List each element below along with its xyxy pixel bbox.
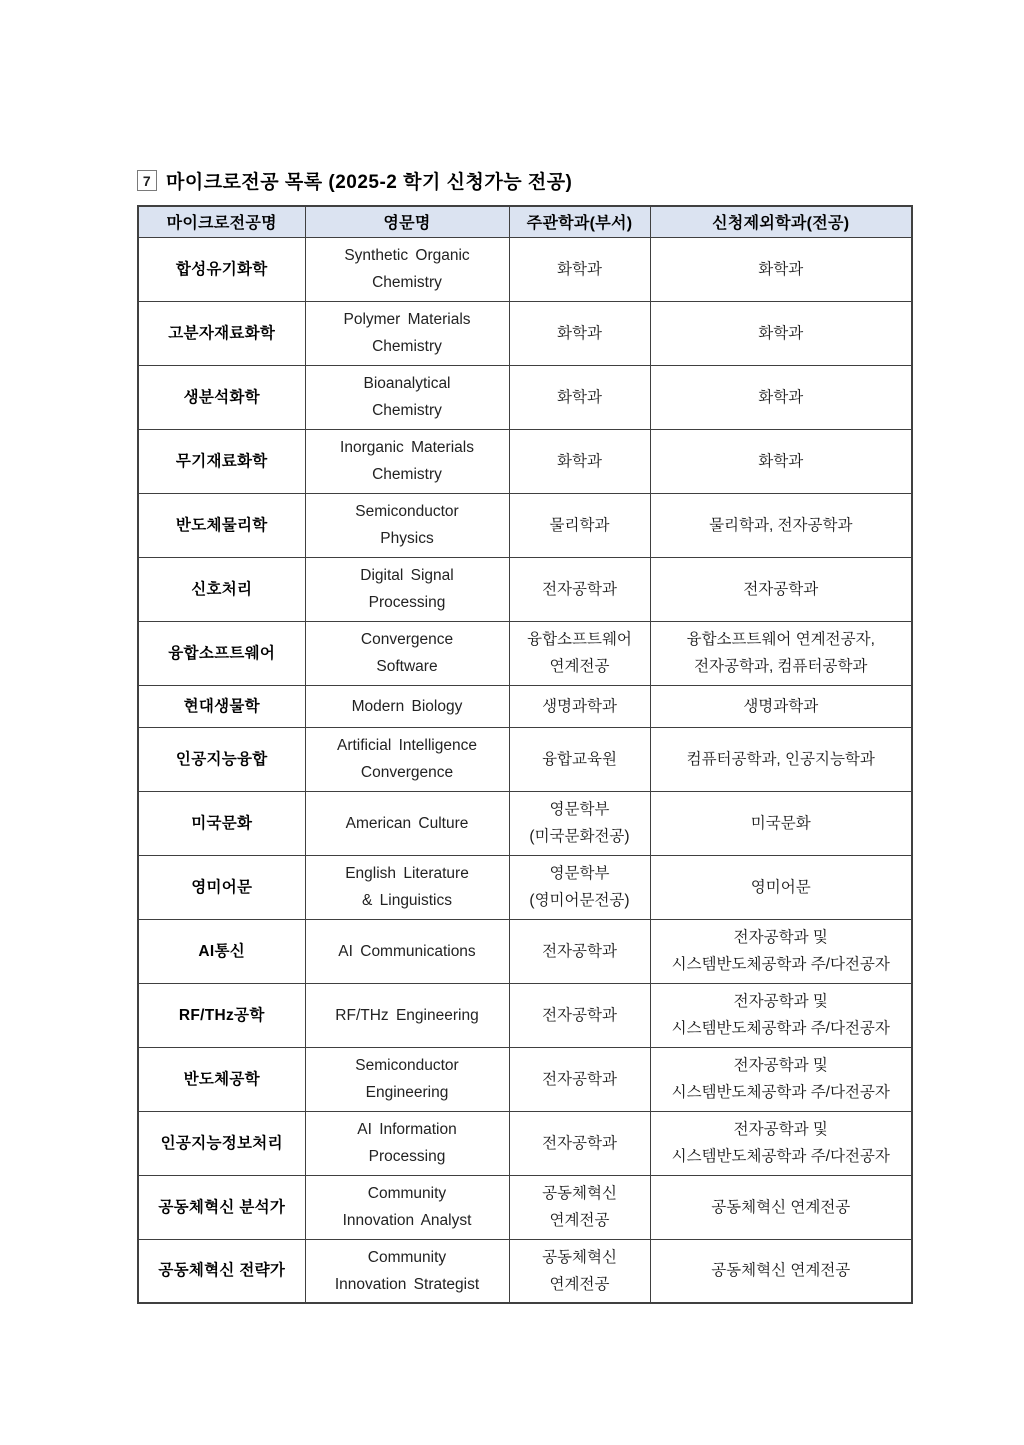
department-cell: 전자공학과 [509,1047,650,1111]
english-name-cell: SemiconductorEngineering [305,1047,509,1111]
cell-text-line: 생명과학과 [655,693,908,720]
cell-text-line: Innovation Strategist [310,1271,505,1298]
cell-text-line: Chemistry [310,461,505,488]
table-row: 공동체혁신 전략가CommunityInnovation Strategist공… [138,1239,912,1303]
cell-text-line: 화학과 [655,384,908,411]
section-title-text: 마이크로전공 목록 (2025-2 학기 신청가능 전공) [166,167,572,194]
cell-text-line: Physics [310,525,505,552]
department-cell: 화학과 [509,365,650,429]
english-name-cell: ConvergenceSoftware [305,621,509,685]
cell-text-line: 컴퓨터공학과, 인공지능학과 [655,746,908,773]
table-row: 인공지능융합Artificial IntelligenceConvergence… [138,727,912,791]
excluded-cell: 전자공학과 및시스템반도체공학과 주/다전공자 [650,1111,912,1175]
cell-text-line: 전자공학과 [514,1130,646,1157]
cell-text-line: Semiconductor [310,498,505,525]
department-cell: 영문학부(미국문화전공) [509,791,650,855]
cell-text-line: Semiconductor [310,1052,505,1079]
cell-text-line: Innovation Analyst [310,1207,505,1234]
department-cell: 융합소프트웨어연계전공 [509,621,650,685]
excluded-cell: 영미어문 [650,855,912,919]
cell-text-line: 영미어문 [655,874,908,901]
cell-text-line: AI Communications [310,938,505,965]
major-name-cell: AI통신 [138,919,305,983]
major-name-cell: 인공지능융합 [138,727,305,791]
table-row: 공동체혁신 분석가CommunityInnovation Analyst공동체혁… [138,1175,912,1239]
major-name-cell: 융합소프트웨어 [138,621,305,685]
cell-text-line: 전자공학과 및 [655,988,908,1015]
cell-text-line: 전자공학과 [514,1002,646,1029]
cell-text-line: Chemistry [310,397,505,424]
cell-text-line: Convergence [310,759,505,786]
major-name-cell: 공동체혁신 분석가 [138,1175,305,1239]
cell-text-line: Digital Signal [310,562,505,589]
department-cell: 화학과 [509,237,650,301]
cell-text-line: 화학과 [514,320,646,347]
major-name-cell: 반도체공학 [138,1047,305,1111]
section-number-box: 7 [137,170,157,191]
cell-text-line: 공동체혁신 분석가 [143,1194,301,1221]
major-name-cell: 영미어문 [138,855,305,919]
major-name-cell: 고분자재료화학 [138,301,305,365]
cell-text-line: 전자공학과 및 [655,924,908,951]
cell-text-line: Community [310,1180,505,1207]
cell-text-line: 생명과학과 [514,693,646,720]
excluded-cell: 공동체혁신 연계전공 [650,1175,912,1239]
excluded-cell: 전자공학과 및시스템반도체공학과 주/다전공자 [650,983,912,1047]
cell-text-line: 생분석화학 [143,384,301,411]
micro-major-table: 마이크로전공명 영문명 주관학과(부서) 신청제외학과(전공) 합성유기화학Sy… [137,205,913,1304]
cell-text-line: Artificial Intelligence [310,732,505,759]
english-name-cell: AI Communications [305,919,509,983]
cell-text-line: RF/THz공학 [143,1002,301,1029]
cell-text-line: & Linguistics [310,887,505,914]
cell-text-line: 전자공학과 [655,576,908,603]
section-title: 7 마이크로전공 목록 (2025-2 학기 신청가능 전공) [137,167,911,194]
cell-text-line: 합성유기화학 [143,256,301,283]
cell-text-line: 미국문화 [143,810,301,837]
cell-text-line: Engineering [310,1079,505,1106]
table-row: 고분자재료화학Polymer MaterialsChemistry화학과화학과 [138,301,912,365]
major-name-cell: 생분석화학 [138,365,305,429]
table-header: 마이크로전공명 영문명 주관학과(부서) 신청제외학과(전공) [138,206,912,237]
major-name-cell: 신호처리 [138,557,305,621]
cell-text-line: 현대생물학 [143,693,301,720]
cell-text-line: 무기재료화학 [143,448,301,475]
table-header-row: 마이크로전공명 영문명 주관학과(부서) 신청제외학과(전공) [138,206,912,237]
cell-text-line: 전자공학과 [514,938,646,965]
table-row: 미국문화American Culture영문학부(미국문화전공)미국문화 [138,791,912,855]
excluded-cell: 화학과 [650,365,912,429]
cell-text-line: Synthetic Organic [310,242,505,269]
cell-text-line: AI Information [310,1116,505,1143]
department-cell: 화학과 [509,301,650,365]
cell-text-line: 시스템반도체공학과 주/다전공자 [655,1143,908,1170]
major-name-cell: 미국문화 [138,791,305,855]
table-row: 무기재료화학Inorganic MaterialsChemistry화학과화학과 [138,429,912,493]
english-name-cell: SemiconductorPhysics [305,493,509,557]
cell-text-line: 공동체혁신 연계전공 [655,1257,908,1284]
cell-text-line: 공동체혁신 연계전공 [655,1194,908,1221]
cell-text-line: 시스템반도체공학과 주/다전공자 [655,1079,908,1106]
cell-text-line: 화학과 [514,384,646,411]
excluded-cell: 전자공학과 [650,557,912,621]
cell-text-line: 반도체물리학 [143,512,301,539]
excluded-cell: 공동체혁신 연계전공 [650,1239,912,1303]
table-row: 생분석화학BioanalyticalChemistry화학과화학과 [138,365,912,429]
english-name-cell: Inorganic MaterialsChemistry [305,429,509,493]
english-name-cell: Artificial IntelligenceConvergence [305,727,509,791]
english-name-cell: Modern Biology [305,685,509,727]
table-row: 융합소프트웨어ConvergenceSoftware융합소프트웨어연계전공융합소… [138,621,912,685]
cell-text-line: 전자공학과 [514,576,646,603]
cell-text-line: 신호처리 [143,576,301,603]
cell-text-line: Software [310,653,505,680]
column-header-major-name: 마이크로전공명 [138,206,305,237]
cell-text-line: 공동체혁신 [514,1180,646,1207]
cell-text-line: 인공지능융합 [143,746,301,773]
cell-text-line: 전자공학과 및 [655,1116,908,1143]
department-cell: 생명과학과 [509,685,650,727]
excluded-cell: 융합소프트웨어 연계전공자,전자공학과, 컴퓨터공학과 [650,621,912,685]
table-row: 반도체공학SemiconductorEngineering전자공학과전자공학과 … [138,1047,912,1111]
cell-text-line: 시스템반도체공학과 주/다전공자 [655,951,908,978]
table-row: 신호처리Digital SignalProcessing전자공학과전자공학과 [138,557,912,621]
column-header-excluded: 신청제외학과(전공) [650,206,912,237]
cell-text-line: 연계전공 [514,653,646,680]
excluded-cell: 미국문화 [650,791,912,855]
cell-text-line: 전자공학과 및 [655,1052,908,1079]
excluded-cell: 전자공학과 및시스템반도체공학과 주/다전공자 [650,919,912,983]
document-content: 7 마이크로전공 목록 (2025-2 학기 신청가능 전공) 마이크로전공명 … [137,167,911,1304]
cell-text-line: 영미어문 [143,874,301,901]
department-cell: 전자공학과 [509,983,650,1047]
cell-text-line: American Culture [310,810,505,837]
major-name-cell: 무기재료화학 [138,429,305,493]
table-row: 인공지능정보처리AI InformationProcessing전자공학과전자공… [138,1111,912,1175]
cell-text-line: 연계전공 [514,1271,646,1298]
cell-text-line: 화학과 [514,256,646,283]
cell-text-line: (미국문화전공) [514,823,646,850]
cell-text-line: Chemistry [310,269,505,296]
cell-text-line: 융합소프트웨어 [514,626,646,653]
document-page: 7 마이크로전공 목록 (2025-2 학기 신청가능 전공) 마이크로전공명 … [0,0,1024,1445]
cell-text-line: Chemistry [310,333,505,360]
cell-text-line: 융합소프트웨어 연계전공자, [655,626,908,653]
cell-text-line: Processing [310,1143,505,1170]
cell-text-line: AI통신 [143,938,301,965]
cell-text-line: 융합소프트웨어 [143,640,301,667]
cell-text-line: Processing [310,589,505,616]
major-name-cell: 합성유기화학 [138,237,305,301]
cell-text-line: 화학과 [655,256,908,283]
cell-text-line: 공동체혁신 [514,1244,646,1271]
english-name-cell: CommunityInnovation Analyst [305,1175,509,1239]
cell-text-line: Convergence [310,626,505,653]
major-name-cell: 현대생물학 [138,685,305,727]
excluded-cell: 생명과학과 [650,685,912,727]
excluded-cell: 화학과 [650,301,912,365]
table-row: RF/THz공학RF/THz Engineering전자공학과전자공학과 및시스… [138,983,912,1047]
department-cell: 전자공학과 [509,557,650,621]
cell-text-line: Community [310,1244,505,1271]
cell-text-line: 물리학과, 전자공학과 [655,512,908,539]
english-name-cell: Digital SignalProcessing [305,557,509,621]
cell-text-line: Inorganic Materials [310,434,505,461]
major-name-cell: 인공지능정보처리 [138,1111,305,1175]
major-name-cell: 반도체물리학 [138,493,305,557]
cell-text-line: 공동체혁신 전략가 [143,1257,301,1284]
column-header-department: 주관학과(부서) [509,206,650,237]
cell-text-line: 영문학부 [514,860,646,887]
cell-text-line: 연계전공 [514,1207,646,1234]
cell-text-line: 미국문화 [655,810,908,837]
cell-text-line: 화학과 [655,320,908,347]
cell-text-line: 화학과 [514,448,646,475]
cell-text-line: 고분자재료화학 [143,320,301,347]
cell-text-line: 전자공학과, 컴퓨터공학과 [655,653,908,680]
cell-text-line: Polymer Materials [310,306,505,333]
cell-text-line: English Literature [310,860,505,887]
department-cell: 물리학과 [509,493,650,557]
table-row: 현대생물학Modern Biology생명과학과생명과학과 [138,685,912,727]
cell-text-line: 반도체공학 [143,1066,301,1093]
table-row: 반도체물리학SemiconductorPhysics물리학과물리학과, 전자공학… [138,493,912,557]
english-name-cell: Polymer MaterialsChemistry [305,301,509,365]
column-header-english-name: 영문명 [305,206,509,237]
excluded-cell: 화학과 [650,237,912,301]
department-cell: 전자공학과 [509,919,650,983]
table-row: AI통신AI Communications전자공학과전자공학과 및시스템반도체공… [138,919,912,983]
cell-text-line: (영미어문전공) [514,887,646,914]
english-name-cell: CommunityInnovation Strategist [305,1239,509,1303]
cell-text-line: 시스템반도체공학과 주/다전공자 [655,1015,908,1042]
english-name-cell: Synthetic OrganicChemistry [305,237,509,301]
english-name-cell: English Literature& Linguistics [305,855,509,919]
cell-text-line: 전자공학과 [514,1066,646,1093]
department-cell: 공동체혁신연계전공 [509,1239,650,1303]
english-name-cell: American Culture [305,791,509,855]
cell-text-line: Modern Biology [310,693,505,720]
excluded-cell: 물리학과, 전자공학과 [650,493,912,557]
excluded-cell: 전자공학과 및시스템반도체공학과 주/다전공자 [650,1047,912,1111]
cell-text-line: RF/THz Engineering [310,1002,505,1029]
table-row: 영미어문English Literature& Linguistics영문학부(… [138,855,912,919]
major-name-cell: RF/THz공학 [138,983,305,1047]
english-name-cell: AI InformationProcessing [305,1111,509,1175]
cell-text-line: 영문학부 [514,796,646,823]
cell-text-line: 인공지능정보처리 [143,1130,301,1157]
excluded-cell: 화학과 [650,429,912,493]
micro-major-table-body: 합성유기화학Synthetic OrganicChemistry화학과화학과고분… [138,237,912,1303]
department-cell: 화학과 [509,429,650,493]
department-cell: 융합교육원 [509,727,650,791]
department-cell: 전자공학과 [509,1111,650,1175]
english-name-cell: BioanalyticalChemistry [305,365,509,429]
cell-text-line: Bioanalytical [310,370,505,397]
excluded-cell: 컴퓨터공학과, 인공지능학과 [650,727,912,791]
english-name-cell: RF/THz Engineering [305,983,509,1047]
table-row: 합성유기화학Synthetic OrganicChemistry화학과화학과 [138,237,912,301]
cell-text-line: 융합교육원 [514,746,646,773]
cell-text-line: 물리학과 [514,512,646,539]
cell-text-line: 화학과 [655,448,908,475]
department-cell: 영문학부(영미어문전공) [509,855,650,919]
major-name-cell: 공동체혁신 전략가 [138,1239,305,1303]
department-cell: 공동체혁신연계전공 [509,1175,650,1239]
